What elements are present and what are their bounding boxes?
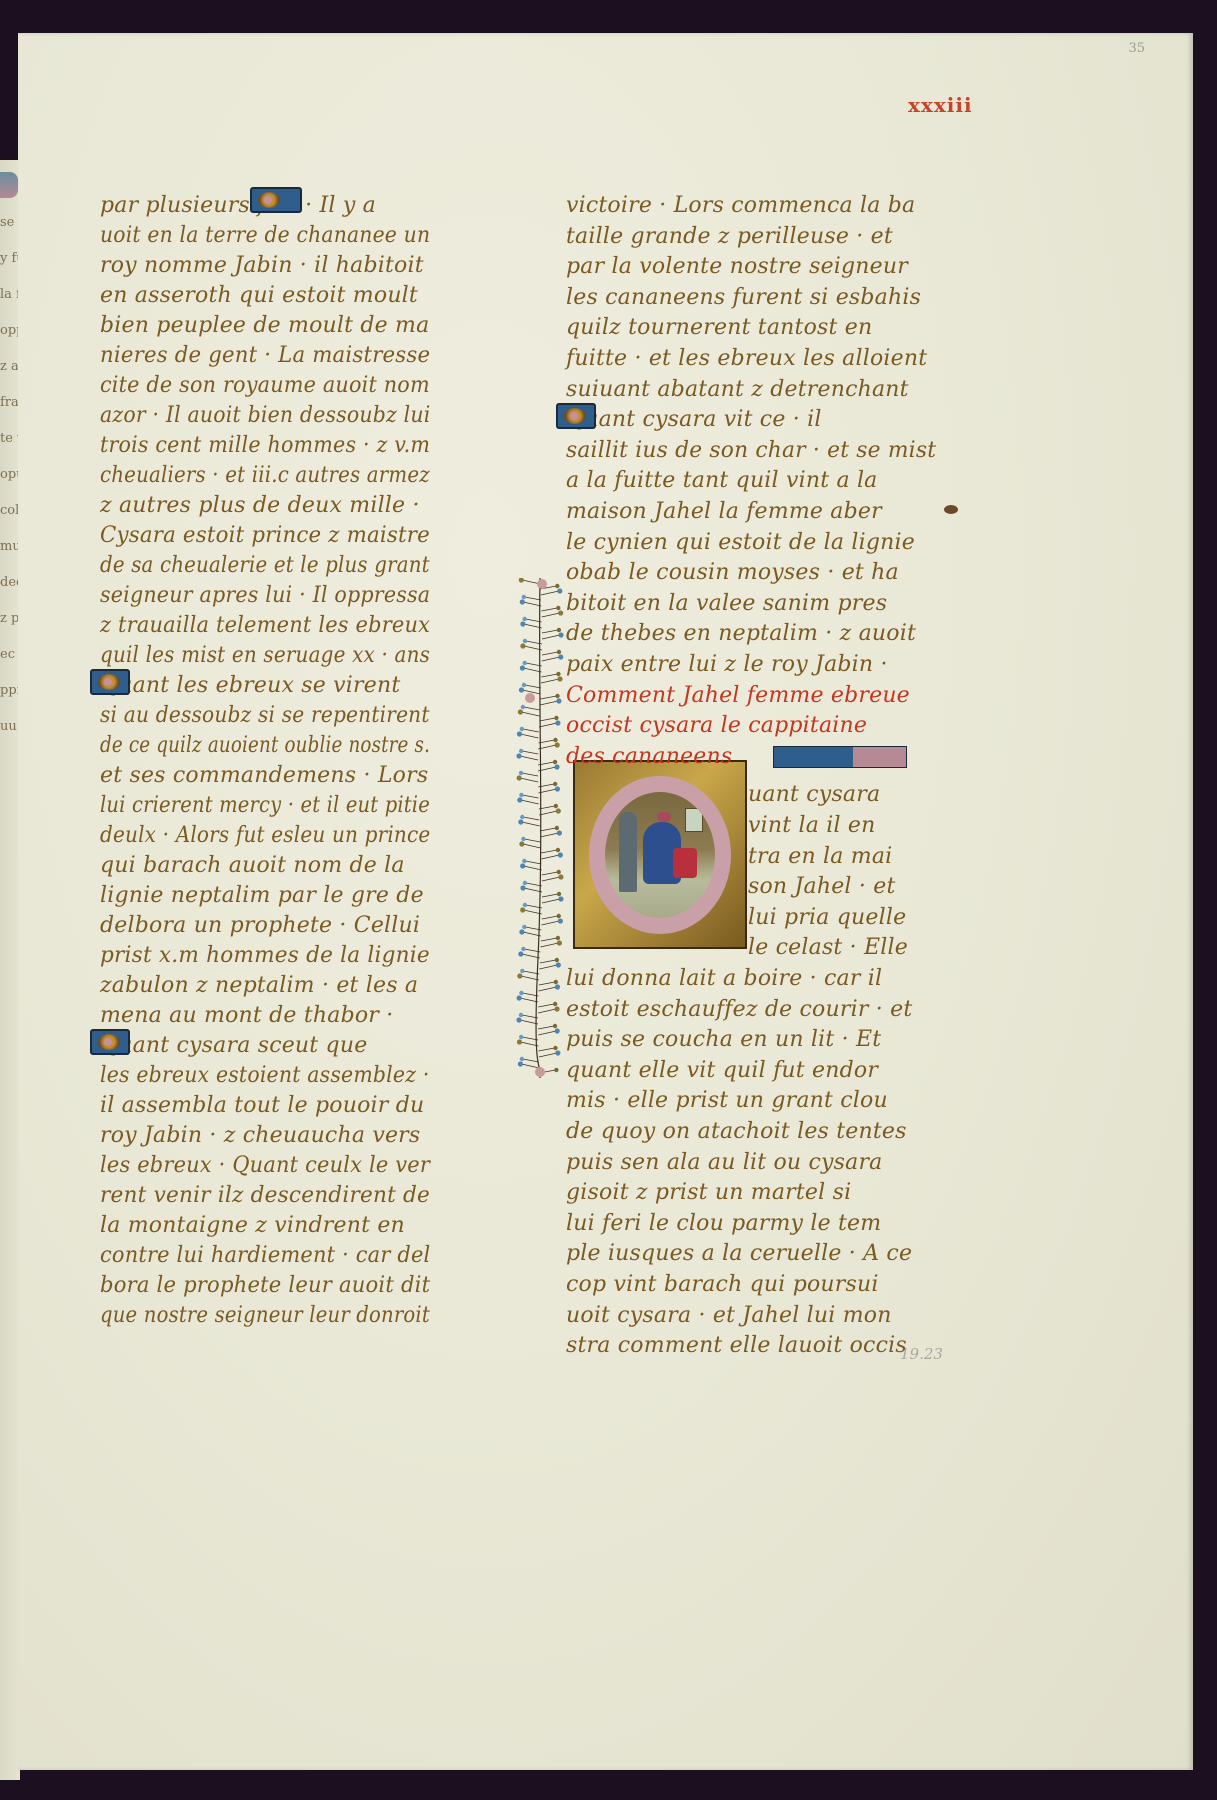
text-line: lui crierent mercy · et il eut pitie xyxy=(100,793,430,818)
decorated-initial-q xyxy=(90,669,130,695)
text-line: le celast · Elle xyxy=(748,935,908,960)
text-line: cheualiers · et iii.c autres armez xyxy=(100,463,430,488)
text-line: lui pria quelle xyxy=(748,905,906,930)
ink-stain xyxy=(944,505,958,514)
text-line: maison Jahel la femme aber xyxy=(566,499,882,524)
text-line: la montaigne z vindrent en xyxy=(100,1213,405,1238)
text-line: quil les mist en seruage xx · ans xyxy=(100,643,430,668)
text-line: nieres de gent · La maistresse xyxy=(100,343,430,368)
text-line: stra comment elle lauoit occis xyxy=(566,1333,907,1358)
text-line: son Jahel · et xyxy=(748,874,896,899)
window xyxy=(685,808,703,832)
text-line: les cananeens furent si esbahis xyxy=(566,285,921,310)
text-line: estoit eschauffez de courir · et xyxy=(566,997,912,1022)
decorated-initial-q xyxy=(90,1029,130,1055)
text-line: roy Jabin · z cheuaucha vers xyxy=(100,1123,420,1148)
facing-page-text: se aupy furenla filleopposiz amframte vo… xyxy=(0,205,18,1205)
facing-page-fragment: munch xyxy=(0,529,18,565)
text-line: lignie neptalim par le gre de xyxy=(100,883,424,908)
facing-page-fragment: colon xyxy=(0,493,18,529)
text-line: de sa cheualerie et le plus grant xyxy=(100,553,430,578)
text-line: des cananeens xyxy=(566,744,732,769)
text-line: mis · elle prist un grant clou xyxy=(566,1088,888,1113)
text-line: quilz tournerent tantost en xyxy=(566,315,872,340)
decorated-initial-q xyxy=(250,187,302,213)
text-line: z trauailla telement les ebreux xyxy=(100,613,430,638)
soldier-figure xyxy=(619,812,637,892)
text-line: par la volente nostre seigneur xyxy=(566,254,908,279)
decorated-initial-q xyxy=(556,403,596,429)
facing-page-fragment: se aup xyxy=(0,205,18,241)
text-line: suiuant abatant z detrenchant xyxy=(566,377,909,402)
text-line: seigneur apres lui · Il oppressa xyxy=(100,583,430,608)
facing-page-fragment: fram xyxy=(0,385,18,421)
facing-page-fragment: y furen xyxy=(0,241,18,277)
text-line: a la fuitte tant quil vint a la xyxy=(566,468,878,493)
facing-page-fragment: ec le q xyxy=(0,637,18,673)
text-line: par plusieurs foiz · Il y a xyxy=(100,193,376,218)
facing-page-fragment: opposi xyxy=(0,313,18,349)
text-line: de ce quilz auoient oublie nostre s. xyxy=(100,733,430,758)
text-line: il assembla tout le pouoir du xyxy=(100,1093,424,1118)
line-filler-bar xyxy=(773,746,907,768)
initial-inner-dot xyxy=(104,1038,112,1046)
text-line: roy nomme Jabin · il habitoit xyxy=(100,253,424,278)
text-line: lui donna lait a boire · car il xyxy=(566,966,882,991)
text-line: le cynien qui estoit de la lignie xyxy=(566,530,915,555)
text-line: ple iusques a la ceruelle · A ce xyxy=(566,1241,912,1266)
text-line: paix entre lui z le roy Jabin · xyxy=(566,652,888,677)
text-line: uoit cysara · et Jahel lui mon xyxy=(566,1303,892,1328)
text-line: Quant cysara sceut que xyxy=(100,1033,367,1058)
text-line: uoit en la terre de chananee un xyxy=(100,223,430,248)
facing-page-fragment: z par xyxy=(0,601,18,637)
text-line: bien peuplee de moult de ma xyxy=(100,313,429,338)
text-line: uant cysara xyxy=(748,782,880,807)
facing-page-miniature-edge xyxy=(0,172,18,198)
initial-inner-dot xyxy=(264,196,272,204)
text-line: Quant cysara vit ce · il xyxy=(566,407,822,432)
text-line: zabulon z neptalim · et les a xyxy=(100,973,418,998)
manuscript-page: 35 xxxiii 19.23 par plusieurs foiz · Il … xyxy=(18,33,1193,1770)
text-line: cite de son royaume auoit nom xyxy=(100,373,430,398)
text-line: Cysara estoit prince z maistre xyxy=(100,523,430,548)
sisera-figure xyxy=(673,848,697,878)
chapter-number-rubric: xxxiii xyxy=(908,93,973,117)
text-line: de thebes en neptalim · z auoit xyxy=(566,621,916,646)
facing-page-fragment: uu fille xyxy=(0,709,18,745)
initial-inner-dot xyxy=(104,678,112,686)
text-line: obab le cousin moyses · et ha xyxy=(566,560,899,585)
text-line: rent venir ilz descendirent de xyxy=(100,1183,430,1208)
text-line: quant elle vit quil fut endor xyxy=(566,1058,878,1083)
text-line: mena au mont de thabor · xyxy=(100,1003,393,1028)
text-line: tra en la mai xyxy=(748,844,892,869)
facing-page-fragment: dee vol xyxy=(0,565,18,601)
text-line: fuitte · et les ebreux les alloient xyxy=(566,346,927,371)
miniature-scene-jael-sisera xyxy=(605,792,715,918)
text-line: cop vint barach qui poursui xyxy=(566,1272,879,1297)
historiated-initial-miniature xyxy=(573,760,747,949)
text-line: puis se coucha en un lit · Et xyxy=(566,1027,881,1052)
text-line: trois cent mille hommes · z v.m xyxy=(100,433,430,458)
text-line: Quant les ebreux se virent xyxy=(100,673,400,698)
facing-page-fragment: opul e xyxy=(0,457,18,493)
text-line: puis sen ala au lit ou cysara xyxy=(566,1150,883,1175)
text-line: que nostre seigneur leur donroit xyxy=(100,1303,430,1328)
text-line: prist x.m hommes de la lignie xyxy=(100,943,430,968)
text-line: z autres plus de deux mille · xyxy=(100,493,420,518)
text-line: lui feri le clou parmy le tem xyxy=(566,1211,881,1236)
text-line: contre lui hardiement · car del xyxy=(100,1243,430,1268)
text-line: les ebreux estoient assemblez · xyxy=(100,1063,430,1088)
facing-page-fragment: la fille xyxy=(0,277,18,313)
text-line: saillit ius de son char · et se mist xyxy=(566,438,936,463)
facing-page-fragment: te vour xyxy=(0,421,18,457)
text-line: et ses commandemens · Lors xyxy=(100,763,428,788)
jael-headdress xyxy=(657,812,671,822)
folio-number-pencil: 35 xyxy=(1128,41,1145,56)
text-line: les ebreux · Quant ceulx le ver xyxy=(100,1153,430,1178)
text-line: si au dessoubz si se repentirent xyxy=(100,703,430,728)
text-line: bora le prophete leur auoit dit xyxy=(100,1273,430,1298)
facing-page-fragment: z am xyxy=(0,349,18,385)
text-line: gisoit z prist un martel si xyxy=(566,1180,851,1205)
text-line: deulx · Alors fut esleu un prince xyxy=(100,823,430,848)
text-line: qui barach auoit nom de la xyxy=(100,853,405,878)
text-line: azor · Il auoit bien dessoubz lui xyxy=(100,403,430,428)
text-line: vint la il en xyxy=(748,813,875,838)
floral-border-decoration xyxy=(508,578,573,1078)
text-line: en asseroth qui estoit moult xyxy=(100,283,418,308)
text-line: Comment Jahel femme ebreue xyxy=(566,683,910,708)
text-line: delbora un prophete · Cellui xyxy=(100,913,420,938)
text-line: bitoit en la valee sanim pres xyxy=(566,591,887,616)
text-line: occist cysara le cappitaine xyxy=(566,713,867,738)
text-line: de quoy on atachoit les tentes xyxy=(566,1119,907,1144)
text-line: victoire · Lors commenca la ba xyxy=(566,193,915,218)
text-line: taille grande z perilleuse · et xyxy=(566,224,893,249)
facing-page-fragment: ppitai xyxy=(0,673,18,709)
